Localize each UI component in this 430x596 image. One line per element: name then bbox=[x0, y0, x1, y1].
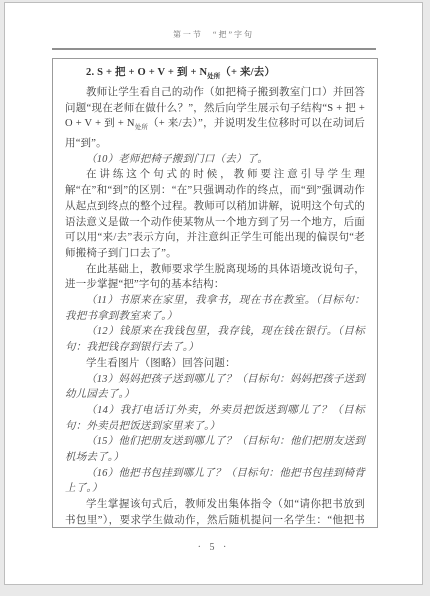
header-rule bbox=[52, 48, 376, 50]
paragraph-12: （16）他把书包挂到哪儿了？（目标句：他把书包挂到椅背上了。） bbox=[65, 466, 365, 497]
text-segment: 学生看图片（图略）回答问题： bbox=[86, 358, 236, 369]
paragraph-11: （15）他们把朋友送到哪儿了？（目标句：他们把朋友送到机场去了。） bbox=[65, 434, 365, 465]
text-segment: （15）他们把朋友送到哪儿了？（目标句：他们把朋友送到机场去了。） bbox=[65, 436, 365, 463]
text-segment: （13）妈妈把孩子送到哪儿了？（目标句：妈妈把孩子送到幼儿园去了。） bbox=[65, 374, 365, 401]
paragraph-13: 学生掌握该句式后，教师发出集体指令（如“请你把书放到书包里”），要求学生做动作，… bbox=[65, 497, 365, 528]
text-segment: （+ 来/去） bbox=[220, 67, 275, 78]
paragraph-8: 学生看图片（图略）回答问题： bbox=[65, 356, 365, 372]
text-segment: （14）我打电话订外卖，外卖员把饭送到哪儿了？（目标句：外卖员把饭送到家里来了。… bbox=[65, 405, 365, 432]
paragraph-2: 教师让学生看自己的动作（如把椅子搬到教室门口）并回答问题“现在老师在做什么？”，… bbox=[65, 85, 365, 152]
book-page: 第一节 “把”字句 2. S + 把 + O + V + 到 + N处所（+ 来… bbox=[4, 2, 423, 585]
running-header: 第一节 “把”字句 bbox=[5, 29, 422, 40]
paragraph-9: （13）妈妈把孩子送到哪儿了？（目标句：妈妈把孩子送到幼儿园去了。） bbox=[65, 372, 365, 403]
text-segment: （11）书原来在家里，我拿书，现在书在教室。（目标句：我把书拿到教室来了。） bbox=[65, 295, 365, 322]
subscript-text: 处所 bbox=[207, 73, 220, 80]
paragraph-7: （12）钱原来在我钱包里，我存钱，现在钱在银行。（目标句：我把钱存到银行去了。） bbox=[65, 324, 365, 355]
text-segment: （16）他把书包挂到哪儿了？（目标句：他把书包挂到椅背上了。） bbox=[65, 468, 365, 495]
text-segment: 在此基础上，教师要求学生脱离现场的具体语境改说句子，进一步掌握“把”字句的基本结… bbox=[65, 264, 365, 291]
paragraph-5: 在此基础上，教师要求学生脱离现场的具体语境改说句子，进一步掌握“把”字句的基本结… bbox=[65, 262, 365, 293]
paragraph-3: （10）老师把椅子搬到门口（去）了。 bbox=[65, 152, 365, 168]
text-segment: （12）钱原来在我钱包里，我存钱，现在钱在银行。（目标句：我把钱存到银行去了。） bbox=[65, 326, 365, 353]
paragraph-10: （14）我打电话订外卖，外卖员把饭送到哪儿了？（目标句：外卖员把饭送到家里来了。… bbox=[65, 403, 365, 434]
text-segment: 在讲练这个句式的时候，教师要注意引导学生理解“在”和“到”的区别：“在”只强调动… bbox=[65, 169, 365, 259]
paragraph-1: 2. S + 把 + O + V + 到 + N处所（+ 来/去） bbox=[65, 65, 365, 85]
text-segment: 2. S + 把 + O + V + 到 + N bbox=[86, 67, 207, 78]
text-segment: （10）老师把椅子搬到门口（去）了。 bbox=[86, 154, 268, 165]
content-box: 2. S + 把 + O + V + 到 + N处所（+ 来/去）教师让学生看自… bbox=[52, 58, 378, 528]
content-paragraphs: 2. S + 把 + O + V + 到 + N处所（+ 来/去）教师让学生看自… bbox=[65, 65, 365, 528]
text-segment: 学生掌握该句式后，教师发出集体指令（如“请你把书放到书包里”），要求学生做动作，… bbox=[65, 499, 365, 528]
subscript-text: 处所 bbox=[135, 124, 148, 131]
paragraph-6: （11）书原来在家里，我拿书，现在书在教室。（目标句：我把书拿到教室来了。） bbox=[65, 293, 365, 324]
page-number: · 5 · bbox=[5, 542, 422, 553]
paragraph-4: 在讲练这个句式的时候，教师要注意引导学生理解“在”和“到”的区别：“在”只强调动… bbox=[65, 167, 365, 261]
